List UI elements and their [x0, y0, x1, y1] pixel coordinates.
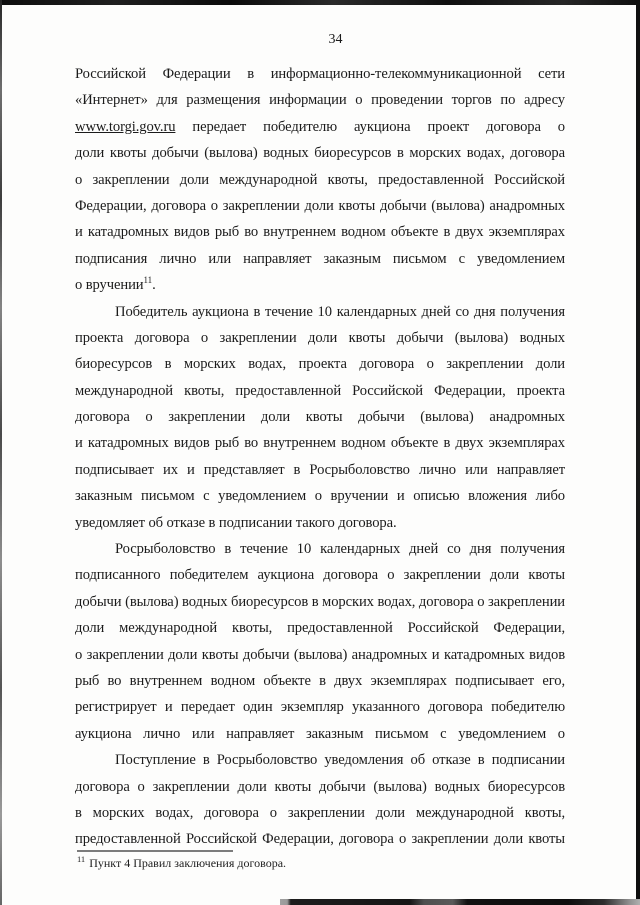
torgi-gov-ru-link[interactable]: www.torgi.gov.ru — [75, 119, 175, 135]
body-line: подписанного победителем аукциона догово… — [75, 562, 565, 588]
body-line: о закреплении доли квоты добычи (вылова)… — [75, 642, 565, 668]
scan-border-left — [0, 0, 2, 905]
body-line: проекта договора о закреплении доли квот… — [75, 325, 565, 351]
body-line: «Интернет» для размещения информации о п… — [75, 87, 565, 113]
body-line: в морских водах, договора о закреплении … — [75, 800, 565, 826]
body-line: регистрирует и передает один экземпляр у… — [75, 694, 565, 720]
body-line: договора о закреплении доли квоты добычи… — [75, 774, 565, 800]
footnote: 11Пункт 4 Правил заключения договора. — [77, 855, 507, 871]
body-line: добычи (вылова) водных биоресурсов в мор… — [75, 589, 565, 615]
scan-border-right — [636, 0, 640, 905]
footnote-ref-marker: 11 — [143, 275, 152, 285]
footnote-text: Пункт 4 Правил заключения договора. — [89, 856, 286, 870]
footnote-marker: 11 — [77, 854, 85, 864]
body-line: доли квоты добычи (вылова) водных биорес… — [75, 140, 565, 166]
line-text: о вручении — [75, 277, 143, 293]
body-line: договора о закреплении доли квоты добычи… — [75, 404, 565, 430]
body-line: подписывает их и представляет в Росрыбол… — [75, 457, 565, 483]
body-line: предоставленной Российской Федерации, до… — [75, 826, 565, 852]
body-line: Федерации, договора о закреплении доли к… — [75, 193, 565, 219]
body-line: Победитель аукциона в течение 10 календа… — [75, 299, 565, 325]
body-line: уведомляет об отказе в подписании такого… — [75, 510, 565, 536]
scan-border-bottom — [280, 899, 640, 905]
body-line: подписания лично или направляет заказным… — [75, 246, 565, 272]
body-line: заказным письмом с уведомлением о вручен… — [75, 483, 565, 509]
body-line: Российской Федерации в информационно-тел… — [75, 61, 565, 87]
body-line: аукциона лично или направляет заказным п… — [75, 721, 565, 747]
document-page: 34 Российской Федерации в информационно-… — [0, 0, 640, 905]
line-text: . — [152, 277, 156, 293]
body-line: биоресурсов в морских водах, проекта дог… — [75, 351, 565, 377]
page-number: 34 — [75, 32, 565, 48]
body-line: и катадромных видов рыб во внутреннем во… — [75, 219, 565, 245]
body-line: о закреплении доли международной квоты, … — [75, 167, 565, 193]
page-body: Российской Федерации в информационно-тел… — [75, 61, 565, 853]
body-line: Росрыболовство в течение 10 календарных … — [75, 536, 565, 562]
body-line: Поступление в Росрыболовство уведомления… — [75, 747, 565, 773]
body-line: и катадромных видов рыб во внутреннем во… — [75, 430, 565, 456]
body-line: международной квоты, предоставленной Рос… — [75, 378, 565, 404]
body-line: о вручении11. — [75, 272, 565, 298]
footnote-divider — [77, 850, 233, 852]
body-line: www.torgi.gov.ru передает победителю аук… — [75, 114, 565, 140]
scan-border-top — [0, 0, 640, 5]
body-line: рыб во внутреннем водном объекте в двух … — [75, 668, 565, 694]
body-line: доли международной квоты, предоставленно… — [75, 615, 565, 641]
